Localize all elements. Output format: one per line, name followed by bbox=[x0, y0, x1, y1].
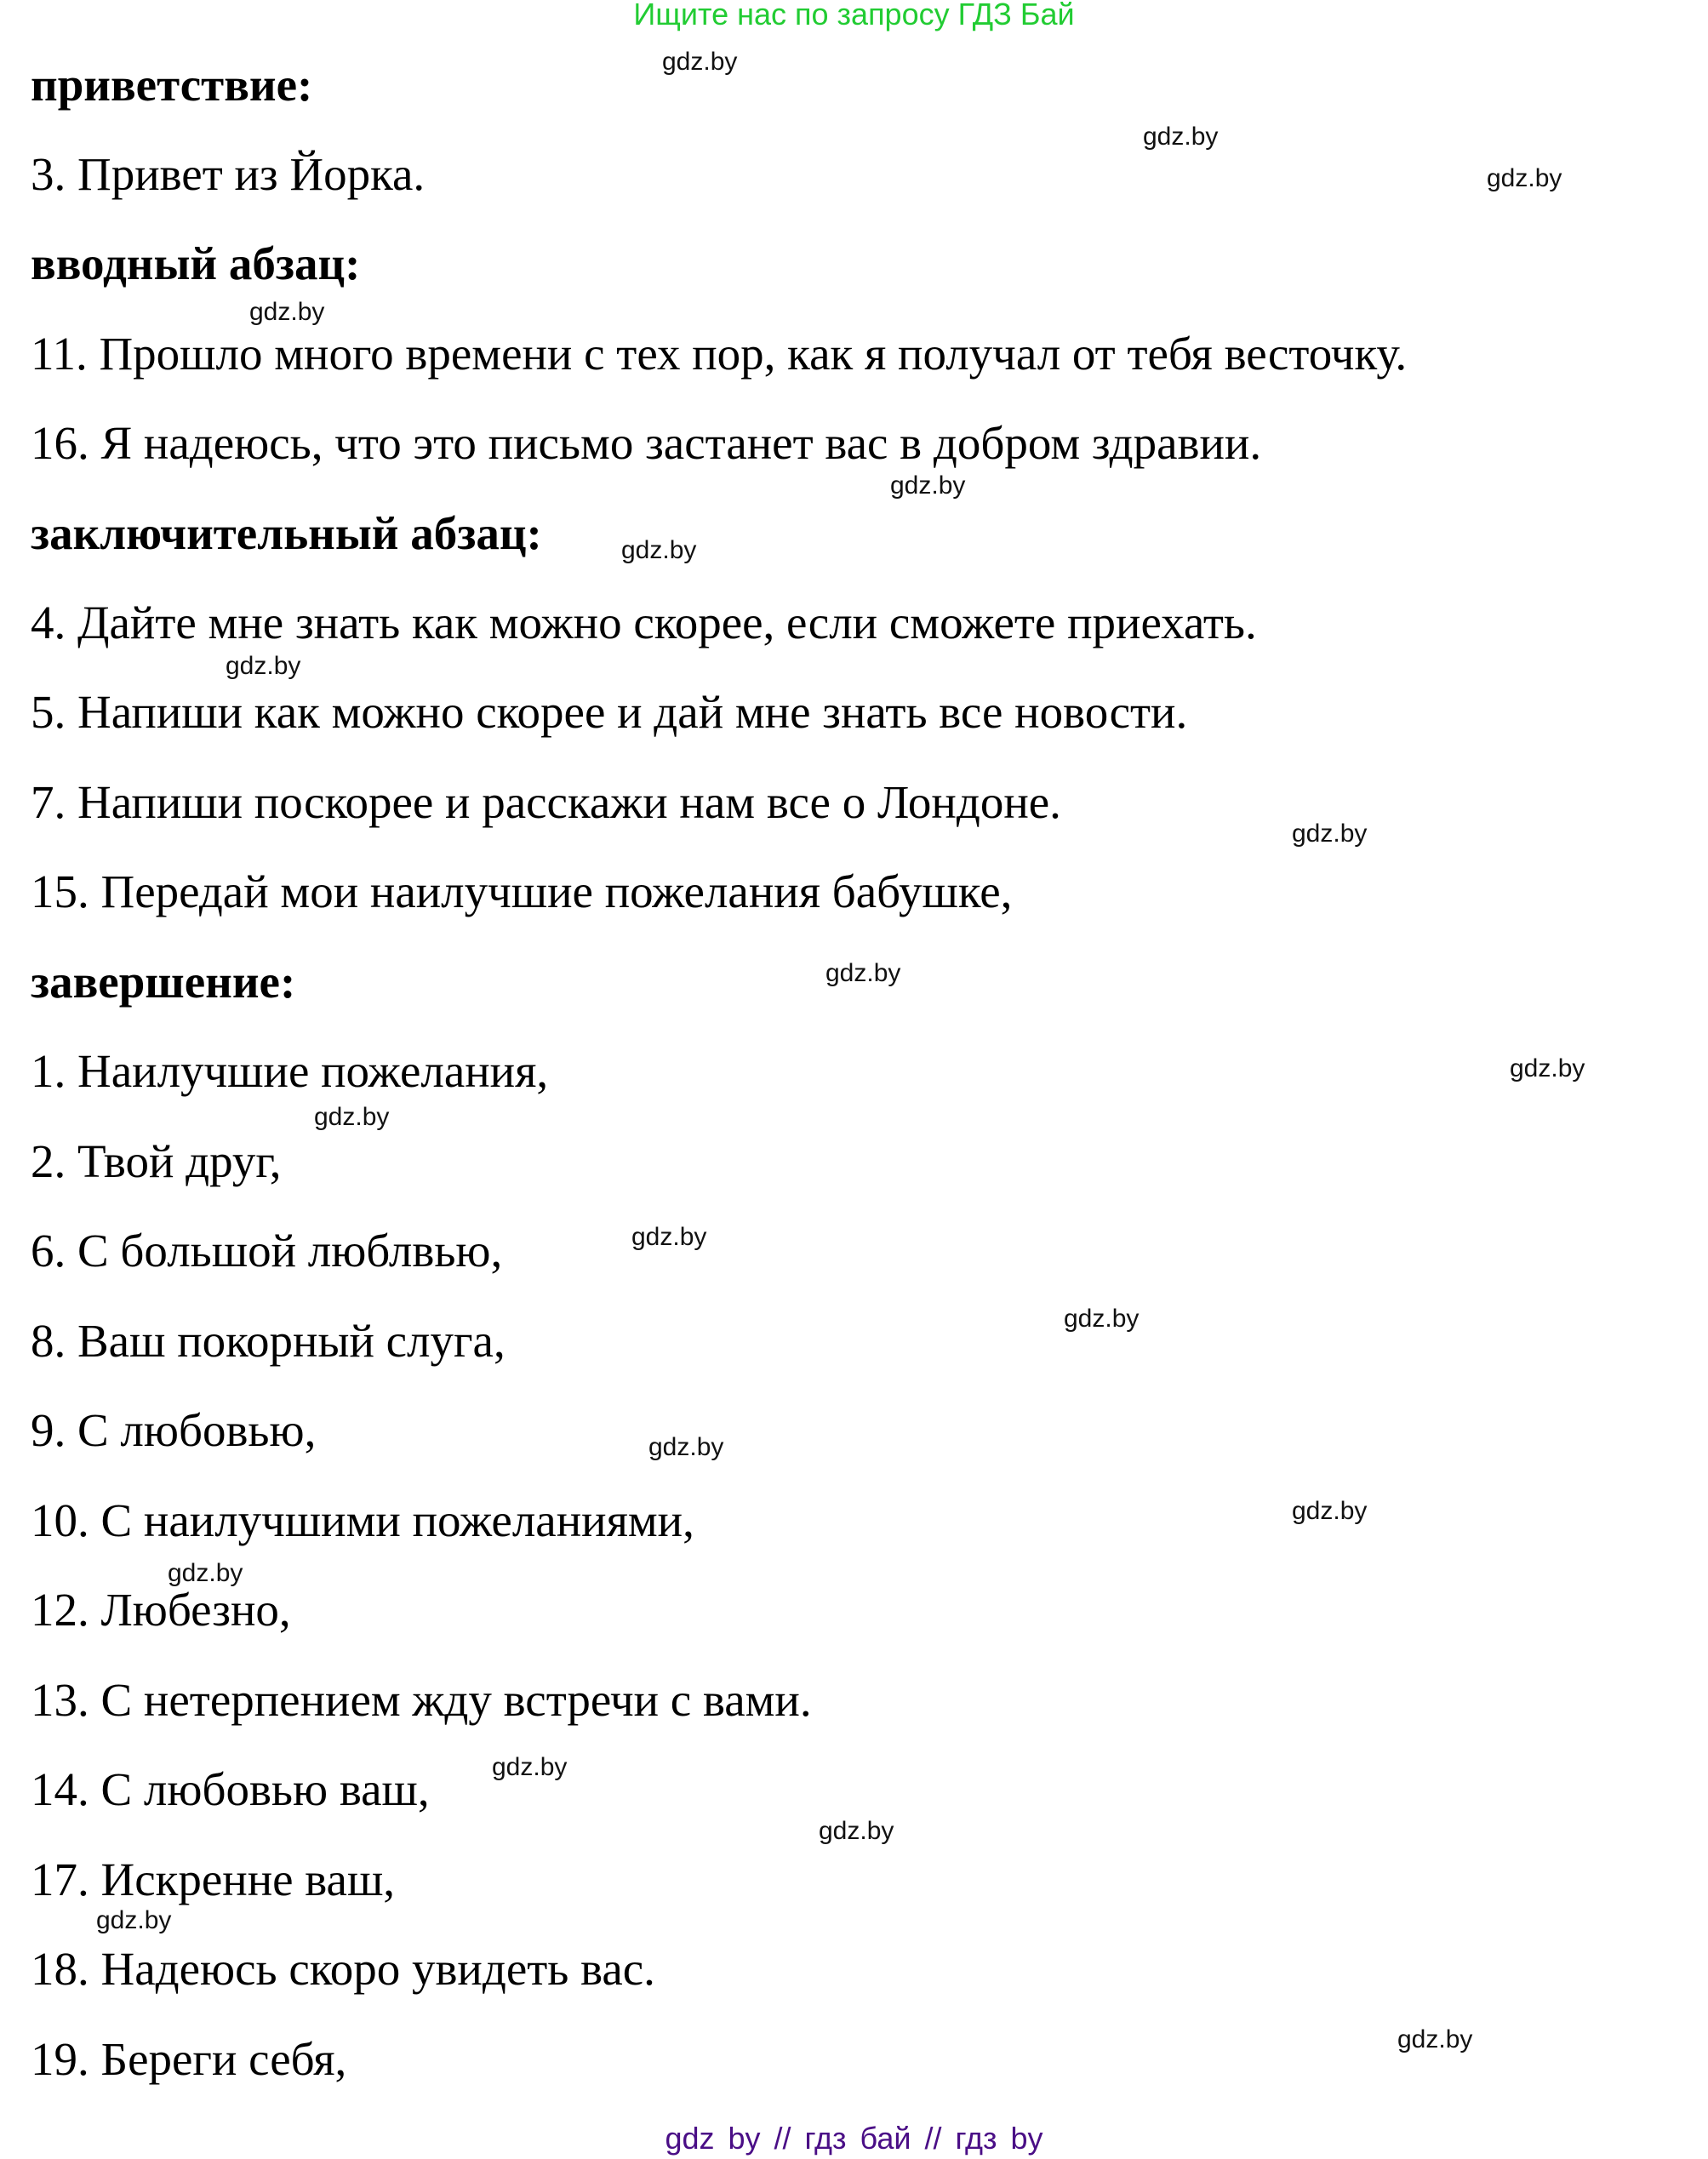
watermark: gdz.by bbox=[819, 1817, 894, 1846]
watermark: gdz.by bbox=[621, 536, 696, 565]
list-item: 14. С любовью ваш, bbox=[31, 1762, 430, 1816]
list-item: 17. Искренне ваш, bbox=[31, 1853, 395, 1906]
watermark: gdz.by bbox=[1292, 820, 1367, 848]
heading-intro: вводный абзац: bbox=[31, 237, 360, 290]
watermark: gdz.by bbox=[890, 471, 965, 500]
list-item: 16. Я надеюсь, что это письмо застанет в… bbox=[31, 416, 1261, 470]
watermark: gdz.by bbox=[1397, 2025, 1472, 2054]
watermark: gdz.by bbox=[226, 652, 300, 681]
list-item: 6. С большой люблвью, bbox=[31, 1224, 502, 1277]
watermark: gdz.by bbox=[1143, 123, 1218, 151]
list-item: 19. Береги себя, bbox=[31, 2032, 346, 2086]
list-item: 1. Наилучшие пожелания, bbox=[31, 1044, 548, 1098]
list-item: 15. Передай мои наилучшие пожелания бабу… bbox=[31, 865, 1012, 918]
heading-closing-paragraph: заключительный абзац: bbox=[31, 506, 542, 560]
list-item: 13. С нетерпением жду встречи с вами. bbox=[31, 1673, 812, 1727]
watermark: gdz.by bbox=[492, 1753, 567, 1782]
footer-links: gdz by // гдз бай // гдз by bbox=[0, 2121, 1708, 2156]
list-item: 11. Прошло много времени с тех пор, как … bbox=[31, 327, 1407, 380]
watermark: gdz.by bbox=[1292, 1497, 1367, 1526]
watermark: gdz.by bbox=[1487, 164, 1562, 193]
watermark: gdz.by bbox=[631, 1223, 706, 1252]
watermark: gdz.by bbox=[1510, 1054, 1585, 1083]
watermark: gdz.by bbox=[648, 1433, 723, 1462]
watermark: gdz.by bbox=[249, 298, 324, 327]
list-item: 3. Привет из Йорка. bbox=[31, 147, 425, 201]
list-item: 4. Дайте мне знать как можно скорее, есл… bbox=[31, 596, 1257, 649]
list-item: 10. С наилучшими пожеланиями, bbox=[31, 1494, 694, 1547]
list-item: 18. Надеюсь скоро увидеть вас. bbox=[31, 1942, 655, 1996]
watermark: gdz.by bbox=[1064, 1305, 1139, 1334]
list-item: 8. Ваш покорный слуга, bbox=[31, 1314, 506, 1368]
search-banner: Ищите нас по запросу ГДЗ Бай bbox=[0, 0, 1708, 32]
list-item: 12. Любезно, bbox=[31, 1583, 291, 1636]
list-item: 9. С любовью, bbox=[31, 1403, 316, 1457]
watermark: gdz.by bbox=[662, 48, 737, 77]
watermark: gdz.by bbox=[825, 959, 900, 988]
list-item: 7. Напиши поскорее и расскажи нам все о … bbox=[31, 775, 1061, 829]
list-item: 5. Напиши как можно скорее и дай мне зна… bbox=[31, 685, 1187, 739]
heading-greeting: приветствие: bbox=[31, 58, 312, 111]
list-item: 2. Твой друг, bbox=[31, 1134, 282, 1188]
watermark: gdz.by bbox=[168, 1559, 243, 1588]
watermark: gdz.by bbox=[96, 1906, 171, 1935]
watermark: gdz.by bbox=[314, 1103, 389, 1132]
heading-ending: завершение: bbox=[31, 955, 295, 1008]
